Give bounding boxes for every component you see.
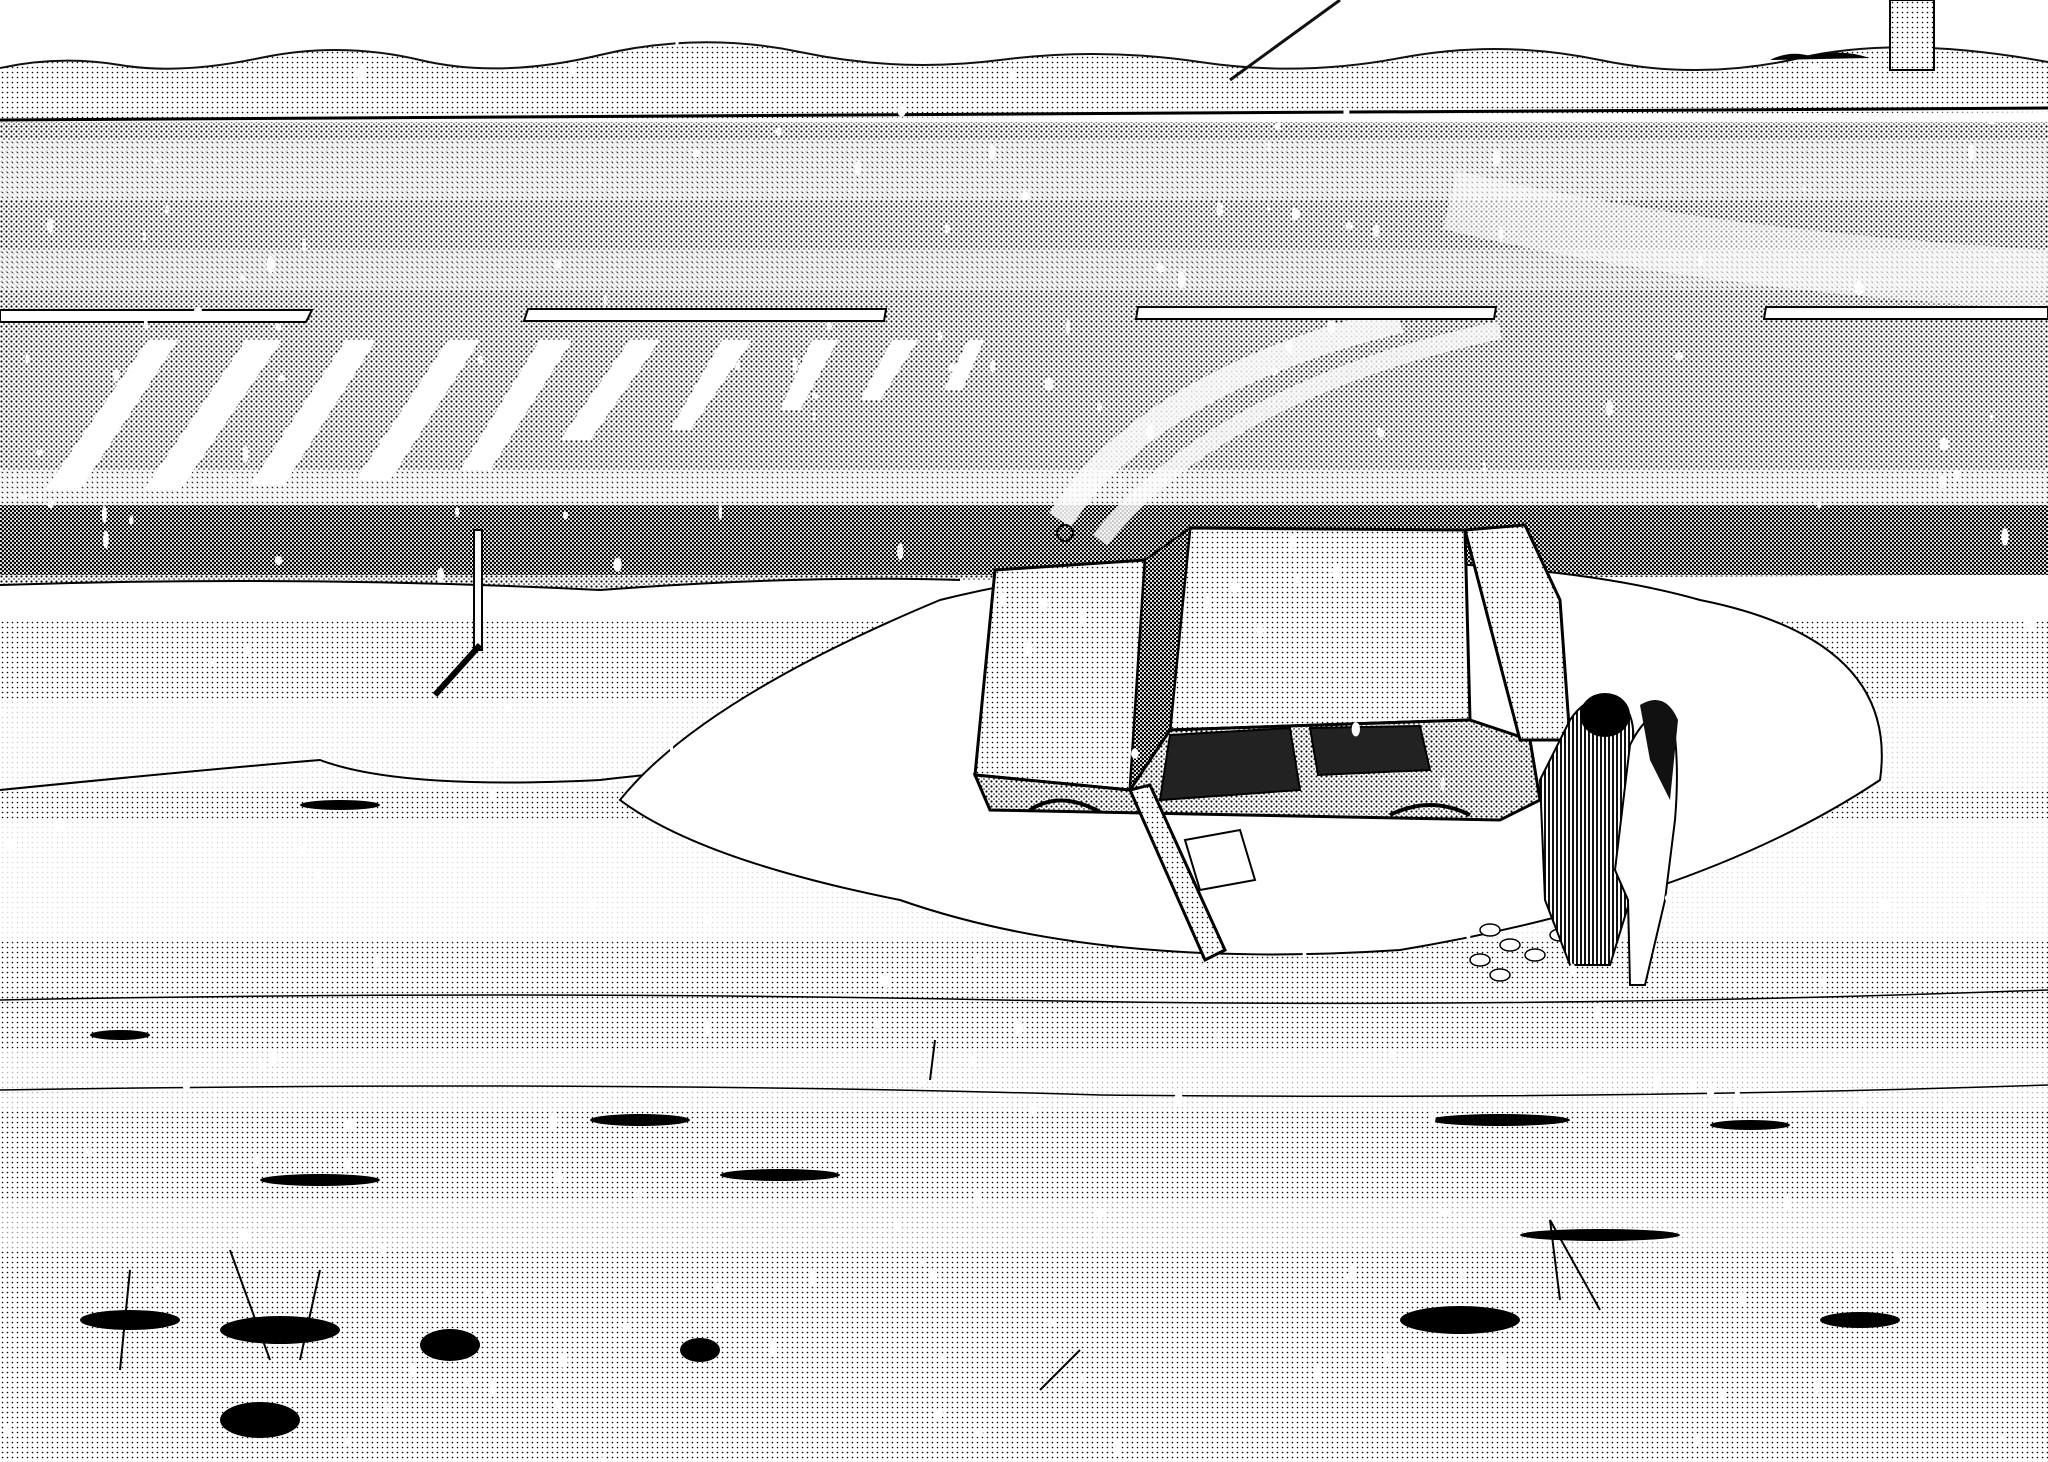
manga-panel <box>0 0 2048 1462</box>
street-pole <box>1890 0 1934 70</box>
